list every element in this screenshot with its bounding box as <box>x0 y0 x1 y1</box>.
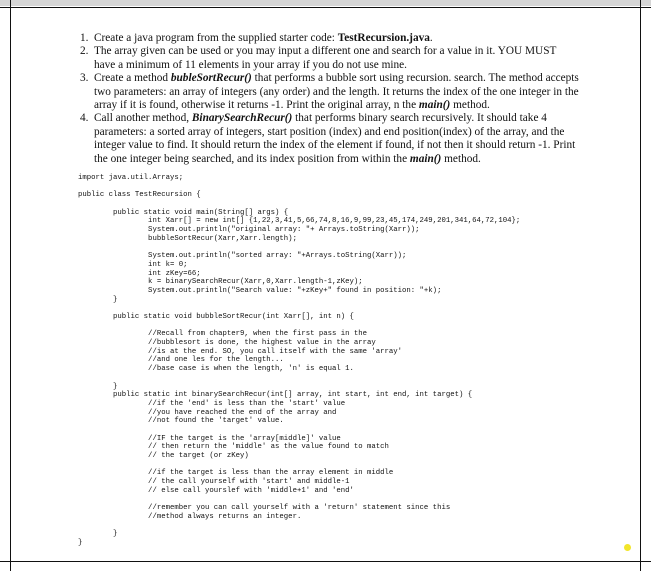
instruction-item: 4.Call another method, BinarySearchRecur… <box>80 112 580 166</box>
frame-left-line <box>10 0 11 571</box>
instruction-text: main() <box>410 153 441 165</box>
instruction-number: 4. <box>80 112 88 125</box>
instruction-text: Create a java program from the supplied … <box>94 32 338 44</box>
code-line: } <box>78 383 520 392</box>
instruction-text: The array given can be used or you may i… <box>94 45 556 70</box>
frame-bottom-line <box>0 561 651 562</box>
instruction-item: 1.Create a java program from the supplie… <box>80 32 580 45</box>
code-line: // else call yourslef with 'middle+1' an… <box>78 487 520 496</box>
code-line: // the target (or zKey) <box>78 452 520 461</box>
instruction-text: main() <box>419 99 450 111</box>
code-line <box>78 304 520 313</box>
code-line: //base case is when the length, 'n' is e… <box>78 365 520 374</box>
code-line: public class TestRecursion { <box>78 191 520 200</box>
code-line: //remember you can call yourself with a … <box>78 504 520 513</box>
instruction-text: BinarySearchRecur() <box>192 112 292 124</box>
code-line: int k= 0; <box>78 261 520 270</box>
code-line: System.out.println("sorted array: "+Arra… <box>78 252 520 261</box>
code-line <box>78 426 520 435</box>
instruction-text: method. <box>441 153 481 165</box>
instruction-number: 2. <box>80 45 88 58</box>
code-line: } <box>78 530 520 539</box>
code-line <box>78 322 520 331</box>
code-line <box>78 495 520 504</box>
starter-code: import java.util.Arrays;public class Tes… <box>78 174 520 548</box>
code-line: //if the 'end' is less than the 'start' … <box>78 400 520 409</box>
code-line: int zKey=66; <box>78 270 520 279</box>
instruction-text: . <box>430 32 433 44</box>
code-line: int Xarr[] = new int[] {1,22,3,41,5,66,7… <box>78 217 520 226</box>
highlight-dot <box>624 544 631 551</box>
code-line: } <box>78 296 520 305</box>
code-line: //is at the end. SO, you call itself wit… <box>78 348 520 357</box>
code-line: //IF the target is the 'array[middle]' v… <box>78 435 520 444</box>
code-line <box>78 461 520 470</box>
code-line: //Recall from chapter9, when the first p… <box>78 330 520 339</box>
code-line <box>78 200 520 209</box>
instruction-text: Call another method, <box>94 112 192 124</box>
code-line: //and one les for the length... <box>78 356 520 365</box>
code-line <box>78 522 520 531</box>
instruction-item: 2.The array given can be used or you may… <box>80 45 580 72</box>
code-line: //method always returns an integer. <box>78 513 520 522</box>
code-line: System.out.println("original array: "+ A… <box>78 226 520 235</box>
instruction-text: TestRecursion.java <box>338 32 430 44</box>
code-line: //if the target is less than the array e… <box>78 469 520 478</box>
instruction-text: Create a method <box>94 72 171 84</box>
code-line: // then return the 'middle' as the value… <box>78 443 520 452</box>
code-line: System.out.println("Search value: "+zKey… <box>78 287 520 296</box>
instruction-text: method. <box>450 99 490 111</box>
instruction-number: 1. <box>80 32 88 45</box>
code-line: public static void main(String[] args) { <box>78 209 520 218</box>
code-line: public static int binarySearchRecur(int[… <box>78 391 520 400</box>
code-line <box>78 183 520 192</box>
frame-right-line <box>640 0 641 571</box>
code-line: public static void bubbleSortRecur(int X… <box>78 313 520 322</box>
code-line: //you have reached the end of the array … <box>78 409 520 418</box>
instruction-text: bubleSortRecur() <box>171 72 252 84</box>
instruction-item: 3.Create a method bubleSortRecur() that … <box>80 72 580 112</box>
code-line: import java.util.Arrays; <box>78 174 520 183</box>
code-line: // the call yourself with 'start' and mi… <box>78 478 520 487</box>
assignment-instructions: 1.Create a java program from the supplie… <box>80 32 580 166</box>
instruction-number: 3. <box>80 72 88 85</box>
code-line: } <box>78 539 520 548</box>
code-line: //not found the 'target' value. <box>78 417 520 426</box>
code-line: k = binarySearchRecur(Xarr,0,Xarr.length… <box>78 278 520 287</box>
code-line: //bubblesort is done, the highest value … <box>78 339 520 348</box>
code-line: bubbleSortRecur(Xarr,Xarr.length); <box>78 235 520 244</box>
frame-top-line <box>0 7 651 8</box>
code-line <box>78 374 520 383</box>
code-line <box>78 244 520 253</box>
top-bar <box>0 0 651 6</box>
